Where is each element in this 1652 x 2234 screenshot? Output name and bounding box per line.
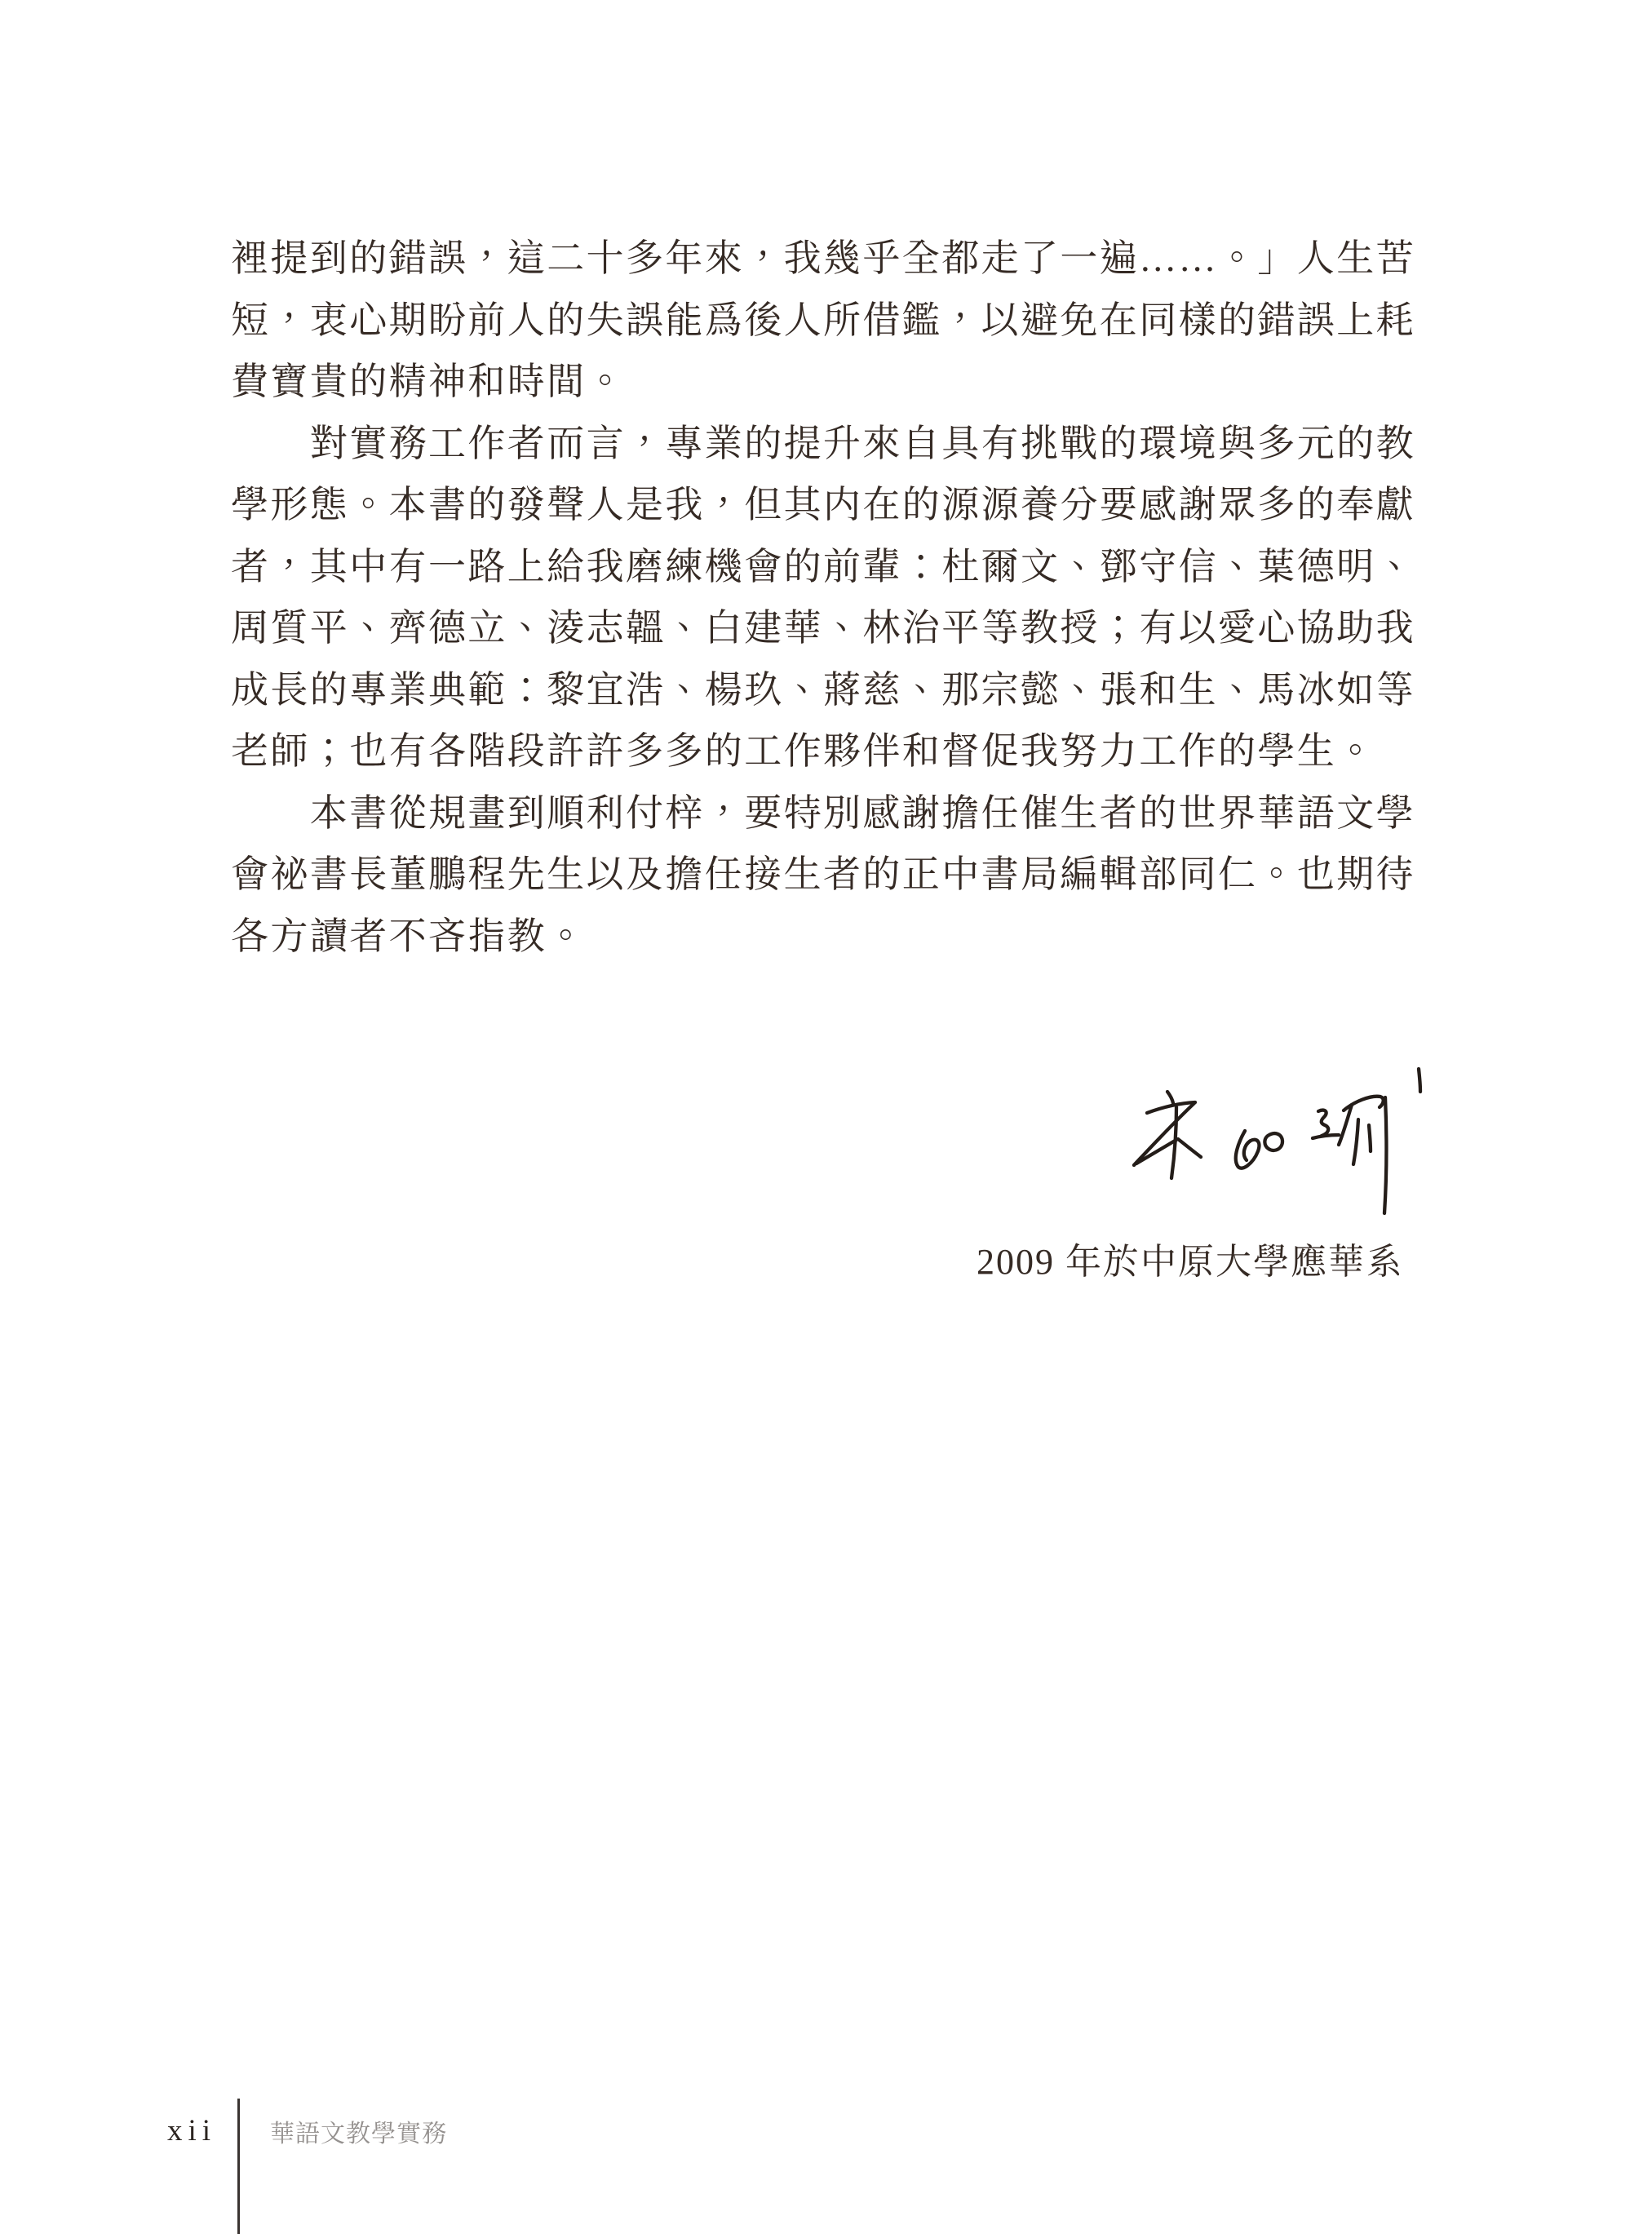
text-line: 本書從規畫到順利付梓，要特別感謝擔任催生者的世界華語文學 — [231, 782, 1432, 844]
text-line: 短，衷心期盼前人的失誤能爲後人所借鑑，以避免在同樣的錯誤上耗 — [231, 290, 1432, 352]
body-text: 裡提到的錯誤，這二十多年來，我幾乎全都走了一遍……。」人生苦 短，衷心期盼前人的… — [231, 228, 1432, 967]
text-line: 者，其中有一路上給我磨練機會的前輩：杜爾文、鄧守信、葉德明、 — [231, 536, 1432, 598]
text-line: 各方讀者不吝指教。 — [231, 906, 1432, 968]
footer-book-title: 華語文教學實務 — [270, 2121, 447, 2148]
text-line: 學形態。本書的發聲人是我，但其内在的源源養分要感謝眾多的奉獻 — [231, 474, 1432, 536]
text-line: 會祕書長董鵬程先生以及擔任接生者的正中書局編輯部同仁。也期待 — [231, 844, 1432, 906]
text-line: 對實務工作者而言，專業的提升來自具有挑戰的環境與多元的教 — [231, 413, 1432, 475]
author-signature — [1085, 1061, 1468, 1224]
text-line: 老師；也有各階段許許多多的工作夥伴和督促我努力工作的學生。 — [231, 720, 1432, 782]
book-page: 裡提到的錯誤，這二十多年來，我幾乎全都走了一遍……。」人生苦 短，衷心期盼前人的… — [0, 0, 1652, 2234]
text-line: 成長的專業典範：黎宜浩、楊玖、蔣慈、那宗懿、張和生、馬冰如等 — [231, 659, 1432, 721]
text-line: 周質平、齊德立、淩志韞、白建華、林治平等教授；有以愛心協助我 — [231, 597, 1432, 659]
handwritten-signature-icon — [1085, 1061, 1468, 1224]
text-line: 裡提到的錯誤，這二十多年來，我幾乎全都走了一遍……。」人生苦 — [231, 228, 1432, 290]
text-line: 費寶貴的精神和時間。 — [231, 351, 1432, 413]
dateline: 2009 年於中原大學應華系 — [977, 1238, 1403, 1287]
footer-divider — [237, 2099, 240, 2234]
footer-page-number: xii — [167, 2116, 216, 2146]
